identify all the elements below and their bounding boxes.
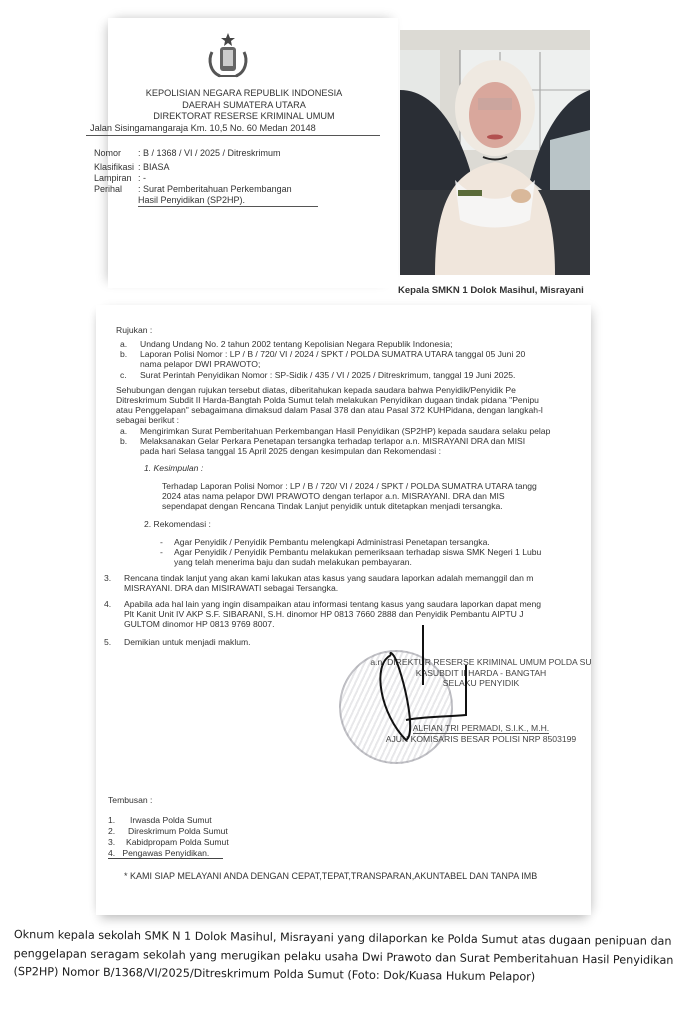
letterhead: KEPOLISIAN NEGARA REPUBLIK INDONESIA DAE… xyxy=(108,88,380,136)
list-mark: - xyxy=(160,547,163,557)
list-mark: 3. xyxy=(104,573,111,583)
meta-key: Nomor xyxy=(94,148,138,159)
list-mark: b. xyxy=(120,349,127,359)
photo-caption: Kepala SMKN 1 Dolok Masihul, Misrayani xyxy=(398,285,584,296)
meta-key: Perihal xyxy=(94,184,138,195)
letter-header-fragment: KEPOLISIAN NEGARA REPUBLIK INDONESIA DAE… xyxy=(108,18,398,288)
numbered-line: GULTOM dinomor HP 0813 9769 8007. xyxy=(124,619,274,629)
numbered-line: Rencana tindak lanjut yang akan kami lak… xyxy=(124,573,533,583)
list-mark: c. xyxy=(120,370,127,380)
letterhead-line: DIREKTORAT RESERSE KRIMINAL UMUM xyxy=(108,111,380,123)
rekomendasi-line: yang telah menerima baju dan sudah melak… xyxy=(174,557,412,567)
kesimpulan-line: 2024 atas nama pelapor DWI PRAWOTO denga… xyxy=(162,491,505,501)
rujukan-item: Undang Undang No. 2 tahun 2002 tentang K… xyxy=(140,339,452,349)
tembusan-last-row: 4. Pengawas Penyidikan. xyxy=(108,848,223,859)
meta-value: : Surat Pemberitahuan Perkembangan xyxy=(138,184,318,195)
rujukan-item: nama pelapor DWI PRAWOTO; xyxy=(140,359,260,369)
rekomendasi-label: 2. Rekomendasi : xyxy=(144,519,211,529)
rekomendasi-line: Agar Penyidik / Penyidik Pembantu meleng… xyxy=(174,537,490,547)
letterhead-line: DAERAH SUMATERA UTARA xyxy=(108,100,380,112)
list-mark: 4. xyxy=(104,599,111,609)
kesimpulan-line: sependapat dengan Rencana Tindak Lanjut … xyxy=(162,501,503,511)
list-mark: 4. xyxy=(108,848,115,858)
meta-value: : B / 1368 / VI / 2025 / Ditreskrimum xyxy=(138,148,318,159)
meta-value: : - xyxy=(138,173,318,184)
photo-frame xyxy=(400,30,590,278)
kesimpulan-line: Terhadap Laporan Polisi Nomor : LP / B /… xyxy=(162,481,537,491)
rekomendasi-line: Agar Penyidik / Penyidik Pembantu melaku… xyxy=(174,547,541,557)
numbered-line: MISRAYANI. DRA dan MISIRAWATI sebagai Te… xyxy=(124,583,338,593)
list-mark: 2. xyxy=(108,826,115,836)
letterhead-address: Jalan Sisingamangaraja Km. 10,5 No. 60 M… xyxy=(86,123,380,137)
meta-value: Hasil Penyidikan (SP2HP). xyxy=(138,195,318,207)
letterhead-line: KEPOLISIAN NEGARA REPUBLIK INDONESIA xyxy=(108,88,380,100)
tembusan-item: Kabidpropam Polda Sumut xyxy=(126,837,229,847)
kesimpulan-label: 1. Kesimpulan : xyxy=(144,463,203,473)
motto: * KAMI SIAP MELAYANI ANDA DENGAN CEPAT,T… xyxy=(124,871,537,881)
list-mark: 3. xyxy=(108,837,115,847)
person-photo xyxy=(400,30,590,275)
numbered-line: Apabila ada hal lain yang ingin disampai… xyxy=(124,599,541,609)
list-mark: a. xyxy=(120,339,127,349)
tembusan-item: Direskrimum Polda Sumut xyxy=(128,826,228,836)
letter-meta: Nomor: B / 1368 / VI / 2025 / Ditreskrim… xyxy=(94,148,318,207)
meta-value: : BIASA xyxy=(138,162,318,173)
tembusan-item: Pengawas Penyidikan. xyxy=(122,848,209,858)
tembusan-label: Tembusan : xyxy=(108,795,152,805)
step-line: pada hari Selasa tanggal 15 April 2025 d… xyxy=(140,446,441,456)
numbered-line: Plt Kanit Unit IV AKP S.F. SIBARANI, S.H… xyxy=(124,609,524,619)
letter-body: Rujukan : a. Undang Undang No. 2 tahun 2… xyxy=(96,305,591,915)
rujukan-item: Laporan Polisi Nomor : LP / B / 720/ VI … xyxy=(140,349,525,359)
tembusan-item: Irwasda Polda Sumut xyxy=(130,815,212,825)
step-line: Mengirimkan Surat Pemberitahuan Perkemba… xyxy=(140,426,550,436)
rujukan-item: Surat Perintah Penyidikan Nomor : SP-Sid… xyxy=(140,370,515,380)
list-mark: 1. xyxy=(108,815,115,825)
police-emblem-icon xyxy=(202,32,254,80)
list-mark: b. xyxy=(120,436,127,446)
meta-key: Lampiran xyxy=(94,173,138,184)
meta-key xyxy=(94,195,138,207)
list-mark: 5. xyxy=(104,637,111,647)
paragraph-line: Sehubungan dengan rujukan tersebut diata… xyxy=(116,385,516,395)
list-mark: a. xyxy=(120,426,127,436)
paragraph-line: Ditreskrimum Subdit II Harda-Bangtah Pol… xyxy=(116,395,539,405)
step-line: Melaksanakan Gelar Perkara Penetapan ter… xyxy=(140,436,525,446)
paragraph-line: atau Penggelapan" sebagaimana dimaksud d… xyxy=(116,405,543,415)
meta-key: Klasifikasi xyxy=(94,162,138,173)
list-mark: - xyxy=(160,537,163,547)
rujukan-label: Rujukan : xyxy=(116,325,152,335)
article-caption: Oknum kepala sekolah SMK N 1 Dolok Masih… xyxy=(13,926,674,988)
handwritten-signature xyxy=(361,625,481,745)
numbered-line: Demikian untuk menjadi maklum. xyxy=(124,637,251,647)
paragraph-line: sebagai berikut : xyxy=(116,415,179,425)
